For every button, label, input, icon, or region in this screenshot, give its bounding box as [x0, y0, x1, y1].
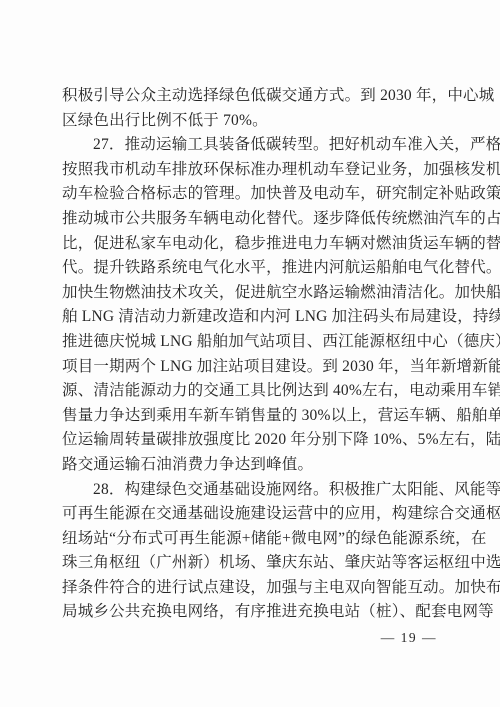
text-line: 积极引导公众主动选择绿色低碳交通方式。到 2030 年，中心城 [62, 84, 442, 109]
text-line: 珠三角枢纽（广州新）机场、肇庆东站、肇庆站等客运枢纽中选 [62, 551, 442, 576]
text-line: 推动城市公共服务车辆电动化替代。逐步降低传统燃油汽车的占 [62, 207, 442, 232]
text-line: 纽场站“分布式可再生能源+储能+微电网”的绿色能源系统，在 [62, 527, 442, 552]
text-line: 比，促进私家车电动化，稳步推进电力车辆对燃油货运车辆的替 [62, 232, 442, 257]
text-line: 按照我市机动车排放环保标准办理机动车登记业务，加强核发机 [62, 158, 442, 183]
text-line: 择条件符合的进行试点建设，加强与主电双向智能互动。加快布 [62, 576, 442, 601]
text-line: 源、清洁能源动力的交通工具比例达到 40%左右，电动乘用车销 [62, 379, 442, 404]
text-line: 27．推动运输工具装备低碳转型。把好机动车准入关，严格 [62, 133, 442, 158]
text-line: 位运输周转量碳排放强度比 2020 年分别下降 10%、5%左右，陆 [62, 428, 442, 453]
text-line: 售量力争达到乘用车新车销售量的 30%以上，营运车辆、船舶单 [62, 404, 442, 429]
text-line: 加快生物燃油技术攻关，促进航空水路运输燃油清洁化。加快船 [62, 281, 442, 306]
page-number: — 19 — [381, 630, 437, 646]
document-page: 积极引导公众主动选择绿色低碳交通方式。到 2030 年，中心城区绿色出行比例不低… [0, 0, 500, 707]
text-line: 代。提升铁路系统电气化水平，推进内河航运船舶电气化替代。 [62, 256, 442, 281]
text-line: 路交通运输石油消费力争达到峰值。 [62, 453, 442, 478]
text-line: 项目一期两个 LNG 加注站项目建设。到 2030 年，当年新增新能 [62, 355, 442, 380]
document-body: 积极引导公众主动选择绿色低碳交通方式。到 2030 年，中心城区绿色出行比例不低… [62, 84, 442, 625]
text-line: 区绿色出行比例不低于 70%。 [62, 109, 442, 134]
text-line: 舶 LNG 清洁动力新建改造和内河 LNG 加注码头布局建设，持续 [62, 305, 442, 330]
text-line: 可再生能源在交通基础设施建设运营中的应用，构建综合交通枢 [62, 502, 442, 527]
text-line: 局城乡公共充换电网络，有序推进充换电站（桩）、配套电网等 [62, 600, 442, 625]
text-line: 动车检验合格标志的管理。加快普及电动车，研究制定补贴政策， [62, 182, 442, 207]
text-line: 28．构建绿色交通基础设施网络。积极推广太阳能、风能等 [62, 478, 442, 503]
text-line: 推进德庆悦城 LNG 船舶加气站项目、西江能源枢纽中心（德庆） [62, 330, 442, 355]
